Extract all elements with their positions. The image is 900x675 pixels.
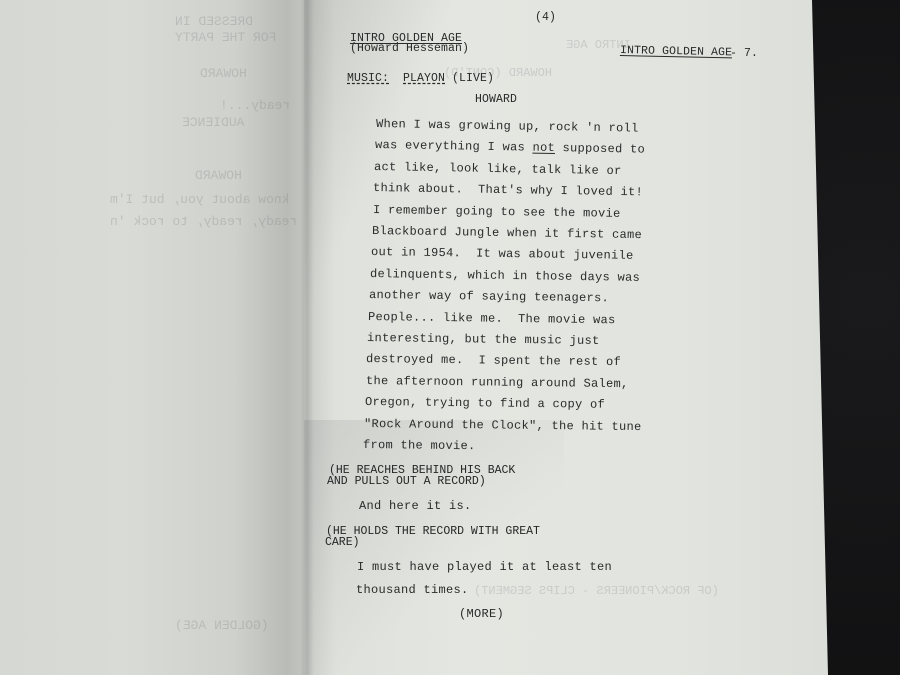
bleed-through-text: know about you, but I'm: [110, 192, 289, 207]
music-cue-value-part: PLAYON: [403, 72, 445, 85]
dialogue-line: Oregon, trying to find a copy of: [365, 395, 605, 412]
dialogue-line: from the movie.: [363, 438, 476, 453]
header-subtitle: (Howard Hesseman): [350, 42, 469, 55]
left-page: DRESSED IN FOR THE PARTY HOWARD ready...…: [0, 0, 312, 675]
music-cue: MUSIC: PLAYON (LIVE): [347, 72, 494, 85]
script-photo: DRESSED IN FOR THE PARTY HOWARD ready...…: [0, 0, 900, 675]
bleed-through-text: ready, ready, to rock 'n: [110, 214, 297, 229]
bleed-through-text: DRESSED IN: [175, 14, 253, 29]
music-cue-label: MUSIC:: [347, 72, 389, 85]
bleed-through-text: FOR THE PARTY: [175, 30, 276, 45]
music-cue-live: (LIVE): [445, 72, 494, 85]
dialogue-line: "Rock Around the Clock", the hit tune: [364, 417, 642, 434]
running-header-page: - 7.: [730, 47, 758, 60]
page-number: (4): [535, 11, 556, 24]
more-continuation: (MORE): [459, 607, 504, 621]
dialogue-line: I must have played it at least ten: [357, 560, 612, 574]
bleed-through-text: (OF ROCK/PIONEERS - CLIPS SEGMENT): [474, 584, 719, 598]
bleed-through-text: HOWARD: [195, 168, 242, 183]
emphasized-word: not: [533, 141, 556, 155]
stage-direction-line: CARE): [325, 537, 360, 548]
dialogue-line: People... like me. The movie was: [368, 310, 616, 327]
dialogue-line: the afternoon running around Salem,: [366, 374, 629, 391]
dialogue-line: And here it is.: [359, 499, 472, 513]
dialogue-line: interesting, but the music just: [367, 331, 600, 348]
bleed-through-text: AUDIENCE: [182, 115, 244, 130]
dialogue-line: thousand times.: [356, 583, 469, 597]
page-gutter: [300, 0, 314, 675]
stage-direction-line: AND PULLS OUT A RECORD): [327, 476, 486, 487]
bleed-through-text: ready...!: [220, 98, 290, 113]
running-header-title: INTRO GOLDEN AGE: [620, 44, 732, 59]
bleed-through-text: HOWARD: [200, 66, 247, 81]
bleed-through-text: (GOLDEN AGE): [175, 618, 269, 633]
character-name: HOWARD: [475, 93, 517, 106]
